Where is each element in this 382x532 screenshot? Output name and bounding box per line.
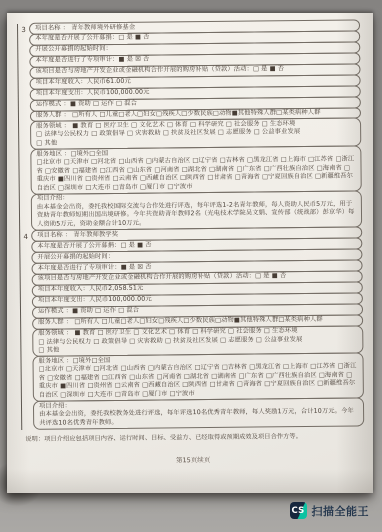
camscanner-label: 扫描全能王 [312, 503, 370, 519]
camscanner-logo-icon: CS [290, 502, 307, 519]
footnote: 说明：项目介绍应包括项目内容、运行时间、目标、受益方、已经取得或预期成效及项目合… [21, 430, 364, 443]
project-4-fields: 项目名称 ： 青年教师教学奖 本年度是否开展了公开募捐：□ 是 ■ 否 开展公开… [31, 228, 364, 430]
camscanner-watermark: CS 扫描全能王 [290, 502, 370, 519]
project-row-3: 3 项目名称 ： 青年教师境外研修基金 本年度是否开展了公开募捐：□ 是 ■ 否… [17, 20, 362, 231]
field-project-intro: 项目介绍： 由本基金会出资，委托我校教务处进行评选，每年评选10名优秀青年教师，… [33, 398, 364, 430]
project-3-fields: 项目名称 ： 青年教师境外研修基金 本年度是否开展了公开募捐：□ 是 ■ 否 开… [29, 20, 362, 231]
sheet-content: 3 项目名称 ： 青年教师境外研修基金 本年度是否开展了公开募捐：□ 是 ■ 否… [17, 20, 365, 466]
field-service-region: 服务地区 ：□境外□全国 □北京市 □天津市 □河北省 □山西省 □内蒙古自治区… [30, 146, 361, 195]
scanned-page-background: 3 项目名称 ： 青年教师境外研修基金 本年度是否开展了公开募捐：□ 是 ■ 否… [0, 0, 382, 532]
project-row-4: 4 项目名称 ： 青年教师教学奖 本年度是否开展了公开募捐：□ 是 ■ 否 开展… [19, 228, 364, 430]
field-project-intro: 项目介绍： 由本基金会出资，委托我校国际交流与合作处进行评选，每年评选1-2名青… [31, 190, 362, 231]
document-paper: 3 项目名称 ： 青年教师境外研修基金 本年度是否开展了公开募捐：□ 是 ■ 否… [7, 13, 373, 493]
page-number: 第15页续页 [22, 453, 365, 466]
field-service-region: 服务地区 ：□境外□全国 □北京市 □天津市 □河北省 □山西省 □内蒙古自治区… [32, 353, 363, 402]
